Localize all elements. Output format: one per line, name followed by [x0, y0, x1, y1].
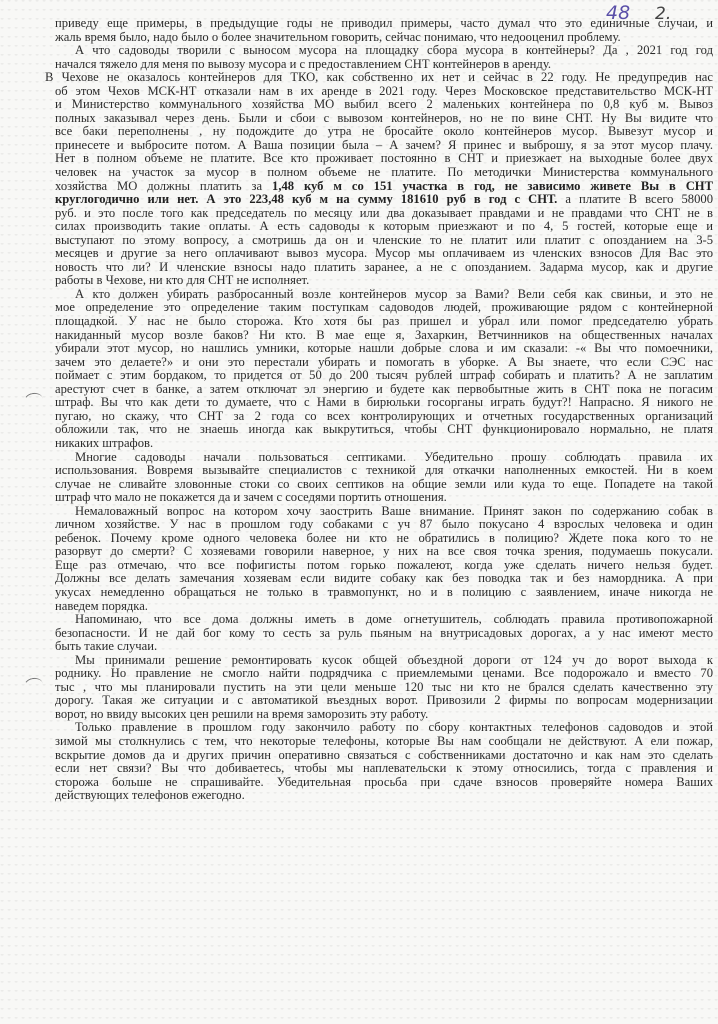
document-body: приведу еще примеры, в предыдущие годы н… — [55, 17, 713, 803]
text-line: площадкой. У нас не было сторожа. Кто хо… — [55, 315, 713, 329]
text-line: Многие садоводы начали пользоваться септ… — [55, 451, 713, 465]
text-line: Мы принимали решение ремонтировать кусок… — [55, 654, 713, 668]
text-line: личном хозяйстве. У нас в прошлом году с… — [55, 518, 713, 532]
text-line: мое определение это определение таким по… — [55, 301, 713, 315]
text-line: накиданный мусор возле баков? Ни кто. В … — [55, 329, 713, 343]
bold-text-run: 1,48 куб м со 151 участка в год, не зави… — [272, 180, 713, 193]
text-line: выступают по этому вопросу, а смотришь д… — [55, 234, 713, 248]
text-line: поймает с этим бордаком, то придется от … — [55, 369, 713, 383]
text-line: Должны все делать замечания хозяевам есл… — [55, 572, 713, 586]
text-line: новость что ли? И членские взносы надо п… — [55, 261, 713, 275]
text-line: разорвут до смерти? С хозяевами говорили… — [55, 545, 713, 559]
text-line: пугаю, но скажу, что СНТ за 2 года со вс… — [55, 410, 713, 424]
text-line: Немаловажный вопрос на котором хочу заос… — [55, 505, 713, 519]
text-line: убирали этот мусор, но нашлись умники, к… — [55, 342, 713, 356]
text-line: быть такие случаи. — [55, 640, 713, 654]
text-line: жаль время было, надо было о более значи… — [55, 31, 713, 45]
text-line: месяцев и другие за него оплачивают выво… — [55, 247, 713, 261]
text-line: А кто должен убирать разбросанный возле … — [55, 288, 713, 302]
text-line: работы в Чехове, ни кто для СНТ не испол… — [55, 274, 713, 288]
text-line: полных заказывал через день. Были и сбои… — [55, 112, 713, 126]
text-line: все баки переполнены , ну подождите до у… — [55, 125, 713, 139]
text-run: а платите В всего 58000 — [557, 193, 713, 206]
text-line: арестуют счет в банке, а затем отключат … — [55, 383, 713, 397]
text-line: наведем порядка. — [55, 600, 713, 614]
text-line: Напоминаю, что все дома должны иметь в д… — [55, 613, 713, 627]
text-line: тыс , что мы планировали пустить на эти … — [55, 681, 713, 695]
margin-bracket-mark — [23, 676, 45, 695]
text-line: начался тяжело для меня по вывозу мусора… — [55, 58, 713, 72]
text-line: зимой мы столкнулись с тем, что некоторы… — [55, 735, 713, 749]
text-line: А что садоводы творили с выносом мусора … — [55, 44, 713, 58]
text-line: человек на участок за мусор в полном объ… — [55, 166, 713, 180]
text-line: случае не сливайте зловонные стоки со св… — [55, 478, 713, 492]
text-line: В Чехове не оказалось контейнеров для ТК… — [45, 71, 713, 85]
text-line: если нет связи? Вы что добиваетесь, чтоб… — [55, 762, 713, 776]
text-line: использования. Вовремя вызывайте специал… — [55, 464, 713, 478]
text-line: Еще раз отмечаю, что все пофигисты потом… — [55, 559, 713, 573]
text-run: хозяйства МО должны платить за — [55, 180, 272, 193]
text-line: об этом Чехов МСК-НТ отказали нам в их а… — [55, 85, 713, 99]
text-line: действующих телефонов ежегодно. — [55, 789, 713, 803]
text-line: укусах немедленно обращаться не только в… — [55, 586, 713, 600]
text-line: и Министерство коммунального хозяйства М… — [55, 98, 713, 112]
scanned-page: 48 2. приведу еще примеры, в предыдущие … — [0, 0, 718, 1024]
text-line: штраф. Вы что как дети то думаете, что с… — [55, 396, 713, 410]
text-line: хозяйства МО должны платить за 1,48 куб … — [55, 180, 713, 194]
bold-text-run: круглогодично или нет. А это 223,48 куб … — [55, 193, 557, 206]
text-line: штраф что мало не покажется да и зачем с… — [55, 491, 713, 505]
text-line: ребенок. Почему кроме одного человека бо… — [55, 532, 713, 546]
text-line: никаких штрафов. — [55, 437, 713, 451]
margin-bracket-mark — [23, 391, 45, 410]
text-line: принесете и выбросите потом. А Ваша пози… — [55, 139, 713, 153]
text-line: безопасности. И не дай бог кому то сесть… — [55, 627, 713, 641]
text-line: Только правление в прошлом году закончил… — [55, 721, 713, 735]
text-line: обложили так, что не знаешь иногда как в… — [55, 423, 713, 437]
text-line: руб. и это после того как председатель п… — [55, 207, 713, 221]
text-line: сторожа больше не спрашивайте. Убедитель… — [55, 776, 713, 790]
text-line: Нет в полном объеме не платите. Все кто … — [55, 152, 713, 166]
text-line: круглогодично или нет. А это 223,48 куб … — [55, 193, 713, 207]
text-line: приведу еще примеры, в предыдущие годы н… — [55, 17, 713, 31]
text-line: ворот, но ввиду высоких цен решили на вр… — [55, 708, 713, 722]
text-line: вскрытие домов да и других причин операт… — [55, 749, 713, 763]
text-line: силах производить такие оплаты. А есть с… — [55, 220, 713, 234]
text-line: дорогу. Такая же ситуации и с автоматико… — [55, 694, 713, 708]
text-line: роднику. Но правление не смогло найти по… — [55, 667, 713, 681]
text-line: зачем это делаете?» и они это перестали … — [55, 356, 713, 370]
